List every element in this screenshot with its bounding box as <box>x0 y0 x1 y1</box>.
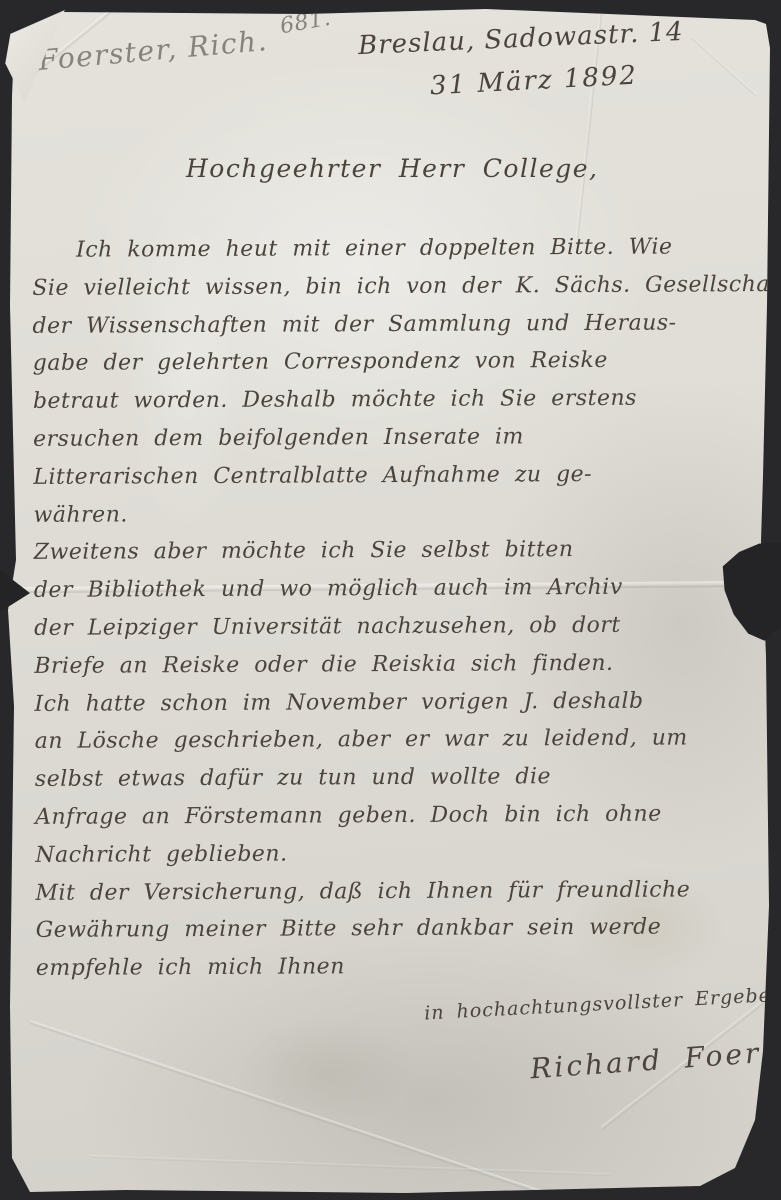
letter-page: Foerster, Rich. 681. Breslau, Sadowastr.… <box>6 6 775 1194</box>
letter-line: der Bibliothek und wo möglich auch im Ar… <box>34 568 758 610</box>
letter-line: der Leipziger Universität nachzusehen, o… <box>34 606 758 648</box>
letter-line: Ich komme heut mit einer doppelten Bitte… <box>32 228 756 270</box>
archival-annotation: Foerster, Rich. <box>37 24 269 77</box>
letter-line: selbst etwas dafür zu tun und wollte die <box>35 757 759 799</box>
letter-line: Zweitens aber möchte ich Sie selbst bitt… <box>34 530 758 572</box>
letter-line: gabe der gelehrten Correspondenz von Rei… <box>33 341 757 383</box>
letter-line: Anfrage an Förstemann geben. Doch bin ic… <box>35 795 759 837</box>
paper-crease <box>691 36 757 96</box>
dateline-date: 31 März 1892 <box>429 61 638 102</box>
letter-line: Litterarischen Centralblatte Aufnahme zu… <box>33 455 757 497</box>
letter-line: betraut worden. Deshalb möchte ich Sie e… <box>33 379 757 421</box>
paper-stain <box>236 1016 416 1126</box>
paper-crease <box>29 1020 558 1194</box>
letter-line: Briefe an Reiske oder die Reiskia sich f… <box>34 644 758 686</box>
letter-line: Nachricht geblieben. <box>35 833 759 875</box>
folio-number: 681. <box>278 6 333 39</box>
dateline-place: Breslau, Sadowastr. 14 <box>358 17 685 61</box>
letter-body: Ich komme heut mit einer doppelten Bitte… <box>32 228 760 988</box>
letter-line: ersuchen dem beifolgenden Inserate im <box>33 417 757 459</box>
letter-line: der Wissenschaften mit der Sammlung und … <box>32 304 756 346</box>
letter-line: Sie vielleicht wissen, bin ich von der K… <box>32 266 756 308</box>
letter-scan: Foerster, Rich. 681. Breslau, Sadowastr.… <box>0 0 781 1200</box>
letter-line: Gewährung meiner Bitte sehr dankbar sein… <box>36 908 760 950</box>
letter-line: währen. <box>33 493 757 535</box>
closing-formula: in hochachtungsvollster Ergebenheit <box>424 982 775 1025</box>
signature: Richard Foerster <box>529 1032 775 1086</box>
salutation: Hochgeehrter Herr College, <box>186 154 599 183</box>
letter-line: an Lösche geschrieben, aber er war zu le… <box>35 719 759 761</box>
paper-crease <box>90 1155 610 1176</box>
letter-line: Mit der Versicherung, daß ich Ihnen für … <box>35 871 759 913</box>
letter-line: empfehle ich mich Ihnen <box>36 946 760 988</box>
letter-line: Ich hatte schon im November vorigen J. d… <box>34 682 758 724</box>
